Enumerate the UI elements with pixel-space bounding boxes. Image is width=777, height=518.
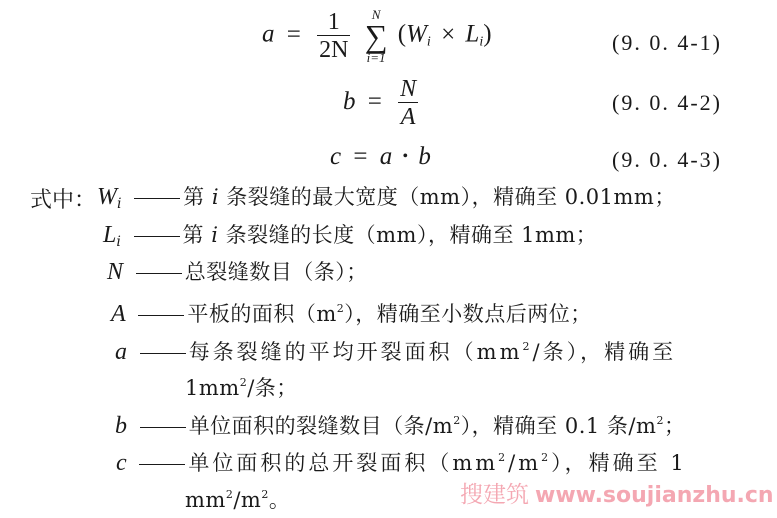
em-dash	[140, 353, 186, 354]
def-text-part: 单位面积的裂缝数目（条/m	[189, 414, 454, 438]
def-text-part: 第	[183, 185, 205, 209]
equation-number-3: (9. 0. 4-3)	[612, 147, 722, 173]
superscript: 2	[523, 340, 533, 353]
eq1-lhs: a	[262, 21, 275, 48]
def-text: 第 i 条裂缝的长度（mm），精确至 1mm；	[183, 223, 598, 247]
def-text-part: 每条裂缝的平均开裂面积（mm	[189, 340, 523, 364]
eq3-lhs: c	[330, 143, 341, 170]
watermark-brand: 搜建筑	[460, 482, 529, 508]
def-symbol: L	[103, 222, 116, 248]
watermark: 搜建筑www.soujianzhu.cn	[460, 476, 774, 509]
def-symbol: b	[115, 413, 127, 439]
equation-number-1: (9. 0. 4-1)	[612, 30, 722, 56]
def-text: 单位面积的总开裂面积（mm2/m2），精确至 1	[188, 451, 686, 475]
def-symbol: A	[111, 301, 126, 327]
equation-9-0-4-3: c = a • b	[330, 143, 431, 171]
eq2-fraction: N A	[398, 76, 418, 131]
def-symbol-sub: i	[116, 234, 120, 250]
em-dash	[134, 198, 180, 199]
def-symbol-sub: i	[117, 196, 121, 212]
def-symbol: c	[116, 450, 127, 476]
definition-A: A 平板的面积（m2），精确至小数点后两位；	[111, 295, 592, 328]
def-text: 总裂缝数目（条）；	[185, 260, 368, 284]
equation-9-0-4-2: b = N A	[343, 76, 422, 131]
def-var: i	[211, 223, 218, 247]
def-text-part: ；	[664, 414, 686, 438]
em-dash	[136, 273, 182, 274]
eq2-frac-denominator: A	[398, 103, 418, 131]
def-text: 单位面积的裂缝数目（条/m2），精确至 0.1 条/m2；	[189, 414, 686, 438]
eq1-W-sub: i	[427, 35, 431, 50]
eq1-close-paren: )	[483, 21, 491, 48]
def-text-part: 条裂缝的最大宽度（mm），精确至 0.01mm；	[226, 185, 676, 209]
superscript: 2	[541, 451, 551, 464]
sigma-icon: ∑	[365, 21, 388, 51]
eq1-sum-lower: i=1	[365, 51, 388, 64]
eq1-W: W	[406, 21, 427, 48]
def-text-part: 1mm	[185, 376, 240, 400]
def-text-part: 平板的面积（m	[187, 302, 336, 326]
definition-c-continued: mm2/m2。	[185, 481, 290, 514]
definition-a: a 每条裂缝的平均开裂面积（mm2/条），精确至	[115, 333, 676, 366]
eq1-frac-numerator: 1	[317, 9, 350, 36]
def-text-part: /m	[233, 488, 261, 512]
def-text: 第 i 条裂缝的最大宽度（mm），精确至 0.01mm；	[183, 185, 676, 209]
eq3-dot: •	[402, 148, 408, 165]
em-dash	[140, 427, 186, 428]
em-dash	[138, 315, 184, 316]
def-symbol: a	[115, 339, 127, 365]
eq1-open-paren: (	[398, 21, 406, 48]
def-text-part: mm	[185, 488, 226, 512]
def-var: i	[212, 185, 219, 209]
em-dash	[134, 236, 180, 237]
def-text-part: /m	[508, 451, 541, 475]
superscript: 2	[261, 488, 269, 501]
eq1-summation: N ∑ i=1	[365, 8, 388, 64]
def-text-part: 。	[269, 488, 291, 512]
def-text-part: 条裂缝的长度（mm），精确至 1mm；	[226, 223, 598, 247]
eq2-lhs: b	[343, 88, 356, 115]
eq1-fraction: 1 2N	[317, 9, 350, 64]
def-text-part: ），精确至小数点后两位；	[344, 302, 592, 326]
def-text-part: /条；	[247, 376, 298, 400]
definition-W: Wi 第 i 条裂缝的最大宽度（mm），精确至 0.01mm；	[97, 183, 676, 218]
definition-a-continued: 1mm2/条；	[185, 369, 298, 402]
def-text-part: /条），精确至	[533, 340, 677, 364]
def-text: 每条裂缝的平均开裂面积（mm2/条），精确至	[189, 340, 676, 364]
eq3-b: b	[418, 143, 431, 170]
def-text-part: ），精确至 1	[551, 451, 687, 475]
definition-N: N 总裂缝数目（条）；	[107, 258, 368, 286]
em-dash	[139, 464, 185, 465]
eq2-equals: =	[368, 88, 382, 115]
eq1-equals: =	[287, 21, 301, 48]
equation-number-2: (9. 0. 4-2)	[612, 90, 722, 116]
eq3-equals: =	[353, 143, 367, 170]
def-text-part: 单位面积的总开裂面积（mm	[188, 451, 498, 475]
def-symbol: W	[97, 184, 117, 210]
def-symbol: N	[107, 259, 123, 285]
where-label: 式中：	[30, 183, 96, 214]
def-text-part: ），精确至 0.1 条/m	[461, 414, 657, 438]
superscript: 2	[498, 451, 508, 464]
equation-9-0-4-1: a = 1 2N N ∑ i=1 (Wi × Li)	[262, 8, 492, 64]
eq1-frac-denominator: 2N	[317, 36, 350, 64]
definition-c: c 单位面积的总开裂面积（mm2/m2），精确至 1	[116, 444, 687, 477]
definition-b: b 单位面积的裂缝数目（条/m2），精确至 0.1 条/m2；	[115, 407, 685, 440]
superscript: 2	[656, 414, 664, 427]
definition-L: Li 第 i 条裂缝的长度（mm），精确至 1mm；	[103, 221, 597, 256]
eq1-times: ×	[441, 21, 455, 48]
eq2-frac-numerator: N	[398, 76, 418, 103]
def-text-part: 第	[183, 223, 205, 247]
eq1-L: L	[465, 21, 479, 48]
watermark-url: www.soujianzhu.cn	[535, 483, 774, 508]
def-text: 平板的面积（m2），精确至小数点后两位；	[187, 302, 591, 326]
eq3-a: a	[380, 143, 393, 170]
superscript: 2	[453, 414, 461, 427]
